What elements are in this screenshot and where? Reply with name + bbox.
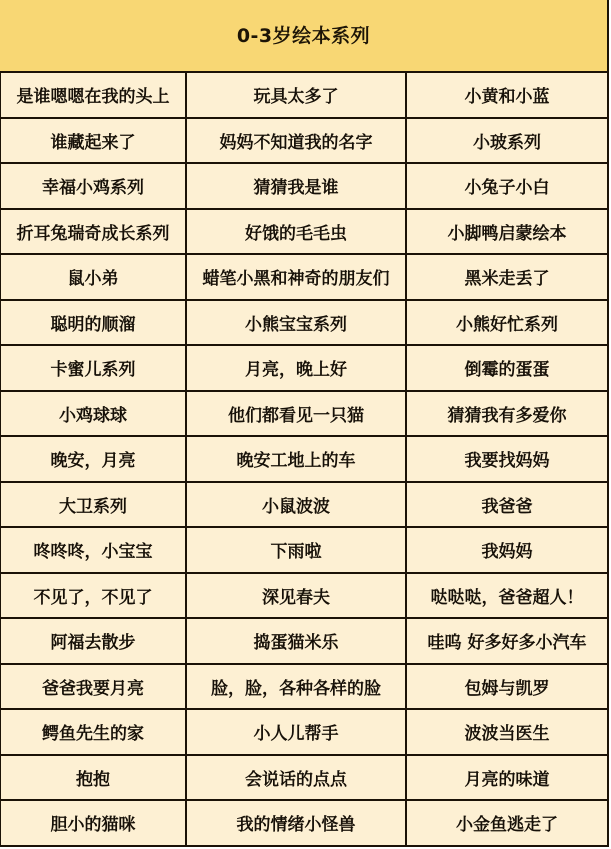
table-cell-book-title: 小鸡球球 bbox=[0, 392, 187, 438]
table-cell-book-title: 哇呜 好多好多小汽车 bbox=[407, 619, 609, 665]
table-cell-book-title: 小鼠波波 bbox=[187, 483, 407, 529]
table-body: 是谁嗯嗯在我的头上玩具太多了小黄和小蓝谁藏起来了妈妈不知道我的名字小玻系列幸福小… bbox=[0, 73, 609, 847]
table-cell-book-title: 我的情绪小怪兽 bbox=[187, 801, 407, 847]
table-cell-book-title: 鳄鱼先生的家 bbox=[0, 710, 187, 756]
table-cell-book-title: 黑米走丢了 bbox=[407, 255, 609, 301]
table-cell-book-title: 他们都看见一只猫 bbox=[187, 392, 407, 438]
table-cell-book-title: 脸，脸，各种各样的脸 bbox=[187, 665, 407, 711]
table-cell-book-title: 小人儿帮手 bbox=[187, 710, 407, 756]
book-list-table: 0-3岁绘本系列 是谁嗯嗯在我的头上玩具太多了小黄和小蓝谁藏起来了妈妈不知道我的… bbox=[0, 0, 609, 847]
table-cell-book-title: 小脚鸭启蒙绘本 bbox=[407, 210, 609, 256]
table-cell-book-title: 卡蜜儿系列 bbox=[0, 346, 187, 392]
table-cell-book-title: 聪明的顺溜 bbox=[0, 301, 187, 347]
table-cell-book-title: 谁藏起来了 bbox=[0, 119, 187, 165]
table-cell-book-title: 猜猜我是谁 bbox=[187, 164, 407, 210]
table-cell-book-title: 我爸爸 bbox=[407, 483, 609, 529]
table-cell-book-title: 咚咚咚，小宝宝 bbox=[0, 528, 187, 574]
table-cell-book-title: 小金鱼逃走了 bbox=[407, 801, 609, 847]
table-cell-book-title: 小兔子小白 bbox=[407, 164, 609, 210]
table-cell-book-title: 捣蛋猫米乐 bbox=[187, 619, 407, 665]
table-cell-book-title: 会说话的点点 bbox=[187, 756, 407, 802]
table-cell-book-title: 波波当医生 bbox=[407, 710, 609, 756]
table-cell-book-title: 晚安，月亮 bbox=[0, 437, 187, 483]
table-cell-book-title: 胆小的猫咪 bbox=[0, 801, 187, 847]
table-cell-book-title: 大卫系列 bbox=[0, 483, 187, 529]
table-title-row: 0-3岁绘本系列 bbox=[0, 0, 609, 73]
table-cell-book-title: 倒霉的蛋蛋 bbox=[407, 346, 609, 392]
table-cell-book-title: 不见了，不见了 bbox=[0, 574, 187, 620]
table-cell-book-title: 猜猜我有多爱你 bbox=[407, 392, 609, 438]
table-cell-book-title: 折耳兔瑞奇成长系列 bbox=[0, 210, 187, 256]
table-cell-book-title: 小玻系列 bbox=[407, 119, 609, 165]
table-cell-book-title: 月亮的味道 bbox=[407, 756, 609, 802]
table-cell-book-title: 蜡笔小黑和神奇的朋友们 bbox=[187, 255, 407, 301]
table-cell-book-title: 玩具太多了 bbox=[187, 73, 407, 119]
table-cell-book-title: 小熊好忙系列 bbox=[407, 301, 609, 347]
table-cell-book-title: 深见春夫 bbox=[187, 574, 407, 620]
table-cell-book-title: 月亮，晚上好 bbox=[187, 346, 407, 392]
table-cell-book-title: 抱抱 bbox=[0, 756, 187, 802]
table-title: 0-3岁绘本系列 bbox=[237, 21, 370, 48]
table-cell-book-title: 小熊宝宝系列 bbox=[187, 301, 407, 347]
table-cell-book-title: 幸福小鸡系列 bbox=[0, 164, 187, 210]
table-cell-book-title: 好饿的毛毛虫 bbox=[187, 210, 407, 256]
table-cell-book-title: 包姆与凯罗 bbox=[407, 665, 609, 711]
table-cell-book-title: 妈妈不知道我的名字 bbox=[187, 119, 407, 165]
table-cell-book-title: 下雨啦 bbox=[187, 528, 407, 574]
table-cell-book-title: 小黄和小蓝 bbox=[407, 73, 609, 119]
table-cell-book-title: 晚安工地上的车 bbox=[187, 437, 407, 483]
table-cell-book-title: 哒哒哒，爸爸超人！ bbox=[407, 574, 609, 620]
table-cell-book-title: 鼠小弟 bbox=[0, 255, 187, 301]
table-cell-book-title: 爸爸我要月亮 bbox=[0, 665, 187, 711]
table-cell-book-title: 我要找妈妈 bbox=[407, 437, 609, 483]
table-cell-book-title: 阿福去散步 bbox=[0, 619, 187, 665]
table-cell-book-title: 是谁嗯嗯在我的头上 bbox=[0, 73, 187, 119]
table-cell-book-title: 我妈妈 bbox=[407, 528, 609, 574]
